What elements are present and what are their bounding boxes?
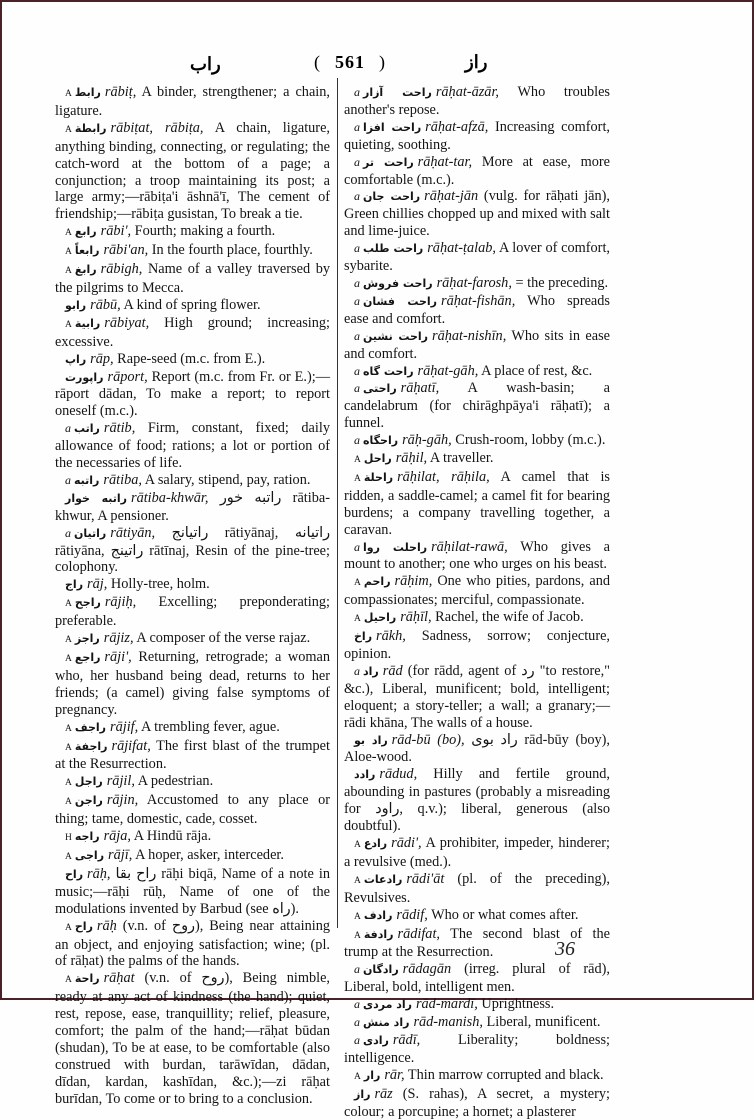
transliterated-headword: rādifat,	[398, 926, 441, 942]
etymology-tag: a	[354, 381, 360, 395]
column-divider	[337, 78, 338, 928]
dictionary-entry: aراحت گاهrāḥat-gāh, A place of rest, &c.	[344, 363, 610, 381]
transliterated-headword: rāḥ-gāh,	[402, 432, 452, 448]
arabic-script-headword: راح	[75, 920, 93, 933]
dictionary-entry: Aراجىrājī, A hoper, asker, interceder.	[55, 847, 330, 866]
transliterated-headword: rāj,	[87, 576, 107, 592]
arabic-script-headword: راحت طلب	[363, 242, 423, 255]
arabic-script-headword: راج	[65, 578, 83, 591]
arabic-script-headword: راحت گاه	[363, 365, 414, 378]
etymology-tag: A	[65, 975, 72, 985]
arabic-script-headword: راحل	[364, 452, 392, 465]
dictionary-entry: Aراجحrājiḥ, Excelling; preponderating; p…	[55, 594, 330, 630]
dictionary-entry: راددrādud, Hilly and fertile ground, abo…	[344, 766, 610, 835]
transliterated-headword: rāḥat-gāh,	[418, 363, 479, 379]
dictionary-entry: راخrākh, Sadness, sorrow; conjecture, op…	[344, 628, 610, 663]
transliterated-headword: rāḥatī,	[401, 380, 440, 396]
arabic-script-headword: رابع	[75, 225, 97, 238]
transliterated-headword: rājiḥ,	[105, 594, 136, 610]
definition-text: A salary, stipend, pay, ration.	[142, 472, 310, 488]
transliterated-headword: rājil,	[107, 773, 135, 789]
etymology-tag: A	[65, 724, 72, 734]
dictionary-entry: aراد مردىrād-mardī, Uprightness.	[344, 996, 610, 1000]
arabic-script-headword: راد	[363, 665, 379, 678]
etymology-tag: a	[354, 540, 360, 554]
dictionary-entry: aراحت فروشrāḥat-farosh, = the preceding.	[344, 275, 610, 293]
etymology-tag: a	[354, 962, 360, 976]
etymology-tag: a	[354, 120, 360, 134]
dictionary-entry: راپورتrāport, Report (m.c. from Fr. or E…	[55, 369, 330, 421]
arabic-script-headword: رادفة	[364, 928, 394, 941]
etymology-tag: A	[65, 125, 72, 135]
transliterated-headword: rāji',	[104, 649, 131, 665]
transliterated-headword: rākh,	[376, 628, 406, 644]
dictionary-entry: راجrāj, Holly-tree, holm.	[55, 576, 330, 594]
etymology-tag: H	[65, 833, 72, 843]
definition-text: Rape-seed (m.c. from E.).	[114, 351, 266, 367]
etymology-tag: A	[65, 778, 72, 788]
transliterated-headword: rād-bū (bo),	[392, 732, 465, 748]
right-column: aراحت آزارrāḥat-āzār, Who troubles anoth…	[344, 84, 610, 1000]
dictionary-entry: aراتيانrātiyān, راتيانج rātiyānaj, راتيا…	[55, 525, 330, 577]
arabic-script-headword: راجز	[75, 632, 100, 645]
dictionary-entry: aراحت آزارrāḥat-āzār, Who troubles anoth…	[344, 84, 610, 119]
arabic-script-headword: رادف	[364, 909, 393, 922]
arabic-script-headword: رابط	[75, 86, 101, 99]
dictionary-entry: Aرادعrādi', A prohibiter, impeder, hinde…	[344, 835, 610, 871]
etymology-tag: A	[65, 923, 72, 933]
arabic-script-headword: رادعات	[364, 873, 402, 886]
transliterated-headword: rājin,	[107, 792, 138, 808]
transliterated-headword: rāḥil,	[396, 450, 427, 466]
definition-text: A trembling fever, ague.	[138, 719, 280, 735]
arabic-script-headword: راتيان	[74, 527, 106, 540]
arabic-script-headword: راحت تر	[363, 156, 414, 169]
etymology-tag: A	[65, 797, 72, 807]
transliterated-headword: rābiṭat, rābiṭa,	[111, 120, 204, 136]
dictionary-entry: Aراحلrāḥil, A traveller.	[344, 450, 610, 469]
etymology-tag: a	[65, 421, 71, 435]
transliterated-headword: rājiz,	[104, 630, 134, 646]
arabic-script-headword: راخ	[354, 630, 372, 643]
definition-text: In the fourth place, fourthly.	[148, 242, 313, 258]
dictionary-entry: aراحت طلبrāḥat-ṭalab, A lover of comfort…	[344, 240, 610, 275]
signature-mark: 36	[555, 938, 575, 961]
transliterated-headword: rādi'āt	[406, 871, 444, 887]
arabic-script-headword: رابطة	[75, 122, 107, 135]
etymology-tag: a	[354, 329, 360, 343]
arabic-script-headword: راتبه خوار	[65, 492, 127, 505]
etymology-tag: a	[65, 473, 71, 487]
left-catchword: راب	[190, 54, 221, 75]
definition-text: Crush-room, lobby (m.c.).	[452, 432, 606, 448]
arabic-script-headword: راحتى	[363, 382, 397, 395]
arabic-script-headword: راتبه	[74, 474, 99, 487]
dictionary-entry: aراحت ترrāḥat-tar, More at ease, more co…	[344, 154, 610, 189]
dictionary-entry: Aراجلrājil, A pedestrian.	[55, 773, 330, 792]
transliterated-headword: rādud,	[379, 766, 417, 782]
arabic-script-headword: راحم	[364, 575, 391, 588]
etymology-tag: a	[354, 85, 360, 99]
etymology-tag: A	[354, 931, 361, 941]
etymology-tag: A	[354, 912, 361, 922]
transliterated-headword: rāḥilat, rāḥila,	[397, 469, 490, 485]
dictionary-entry: aرادrād (for rādd, agent of رد "to resto…	[344, 663, 610, 732]
arabic-script-headword: راحت فشان	[363, 295, 437, 308]
arabic-script-headword: راپ	[65, 353, 86, 366]
page-number-group: (561)	[300, 52, 400, 73]
dictionary-entry: Aرابطrābiṭ, A binder, strengthener; a ch…	[55, 84, 330, 120]
transliterated-headword: rāport,	[108, 369, 148, 385]
transliterated-headword: rātiyān,	[110, 525, 155, 541]
dictionary-entry: aراحت نشينrāḥat-nishīn, Who sits in ease…	[344, 328, 610, 363]
arabic-script-headword: راحت جان	[363, 190, 420, 203]
arabic-script-headword: راجه	[75, 830, 100, 843]
etymology-tag: A	[354, 876, 361, 886]
etymology-tag: a	[354, 664, 360, 678]
dictionary-entry: Aراحمrāḥim, One who pities, pardons, and…	[344, 573, 610, 609]
transliterated-headword: rādagān	[403, 961, 451, 977]
transliterated-headword: rādi',	[391, 835, 421, 851]
etymology-tag: A	[354, 455, 361, 465]
dictionary-entry: Aرادفrādif, Who or what comes after.	[344, 907, 610, 926]
left-column: Aرابطrābiṭ, A binder, strengthener; a ch…	[55, 84, 330, 1000]
etymology-tag: A	[354, 578, 361, 588]
transliterated-headword: rāḥat	[104, 970, 135, 986]
dictionary-entry: aراحت جانrāḥat-jān (vulg. for rāḥati jān…	[344, 188, 610, 240]
definition-text: A Hindū rāja.	[131, 828, 211, 844]
dictionary-entry: راحrāḥ, راح بقا rāḥi biqā, Name of a not…	[55, 866, 330, 918]
transliterated-headword: rāḥat-nishīn,	[432, 328, 506, 344]
arabic-script-headword: راجى	[75, 849, 104, 862]
dictionary-entry: aراتبrātib, Firm, constant, fixed; daily…	[55, 420, 330, 472]
transliterated-headword: rābi',	[101, 223, 131, 239]
etymology-tag: a	[354, 364, 360, 378]
definition-text: = the preceding.	[512, 275, 608, 291]
etymology-tag: A	[65, 635, 72, 645]
dictionary-entry: Aراحrāḥ (v.n. of روح), Being near attain…	[55, 918, 330, 971]
arabic-script-headword: راد بو	[354, 734, 388, 747]
arabic-script-headword: راجفة	[75, 740, 108, 753]
definition-text: A place of rest, &c.	[478, 363, 592, 379]
arabic-script-headword: راتب	[74, 422, 100, 435]
transliterated-headword: rāḥat-tar,	[418, 154, 472, 170]
etymology-tag: a	[354, 276, 360, 290]
definition-text: A kind of spring flower.	[121, 297, 261, 313]
etymology-tag: A	[65, 89, 72, 99]
dictionary-entry: Aرابعاًrābi'an, In the fourth place, fou…	[55, 242, 330, 261]
arabic-script-headword: راحگاه	[363, 434, 398, 447]
arabic-script-headword: راحت افزا	[363, 121, 421, 134]
etymology-tag: A	[354, 614, 361, 624]
dictionary-entry: Aراحةrāḥat (v.n. of روح), Being nimble, …	[55, 970, 330, 1000]
transliterated-headword: rābigh,	[101, 261, 143, 277]
transliterated-headword: rātib,	[104, 420, 135, 436]
dictionary-entry: Aرابطةrābiṭat, rābiṭa, A chain, ligature…	[55, 120, 330, 223]
etymology-tag: A	[65, 247, 72, 257]
dictionary-entry: Hراجهrāja, A Hindū rāja.	[55, 828, 330, 847]
definition-text: Holly-tree, holm.	[107, 576, 209, 592]
arabic-script-headword: راحلة	[364, 471, 393, 484]
dictionary-entry: راد بوrād-bū (bo), راد بوى rād-būy (boy)…	[344, 732, 610, 767]
right-catchword: راز	[465, 52, 487, 73]
etymology-tag: A	[354, 474, 361, 484]
definition-text: Uprightness.	[478, 996, 554, 1000]
dictionary-entry: Aراجعrāji', Returning, retrograde; a wom…	[55, 649, 330, 719]
arabic-script-headword: رابعاً	[75, 244, 100, 257]
dictionary-entry: aراحت فشانrāḥat-fishān, Who spreads ease…	[344, 293, 610, 328]
definition-text: A composer of the verse rajaz.	[134, 630, 311, 646]
etymology-tag: a	[354, 155, 360, 169]
dictionary-entry: Aرابيةrābiyat, High ground; increasing; …	[55, 315, 330, 351]
transliterated-headword: rād	[383, 663, 403, 679]
transliterated-headword: rāḥat-farosh,	[437, 275, 512, 291]
dictionary-entry: Aراجنrājin, Accustomed to any place or t…	[55, 792, 330, 828]
dictionary-entry: Aراجفةrājifat, The first blast of the tr…	[55, 738, 330, 774]
transliterated-headword: rāp,	[90, 351, 113, 367]
definition-text: Who or what comes after.	[428, 907, 579, 923]
etymology-tag: a	[354, 189, 360, 203]
etymology-tag: a	[65, 526, 71, 540]
transliterated-headword: rātiba-khwār,	[131, 490, 208, 506]
etymology-tag: a	[354, 241, 360, 255]
transliterated-headword: rāḥat-fishān,	[441, 293, 515, 309]
definition-text: A traveller.	[427, 450, 493, 466]
arabic-script-headword: راجل	[75, 775, 103, 788]
transliterated-headword: rājifat,	[112, 738, 151, 754]
transliterated-headword: rāḥat-āzār,	[436, 84, 499, 100]
transliterated-headword: rādif,	[396, 907, 427, 923]
arabic-script-headword: راحت فروش	[363, 277, 433, 290]
dictionary-entry: Aراحيلrāḥīl, Rachel, the wife of Jacob.	[344, 609, 610, 628]
transliterated-headword: rāḥat-jān	[424, 188, 478, 204]
transliterated-headword: rābū,	[90, 297, 121, 313]
page-header: راب (561) راز	[0, 52, 754, 82]
dictionary-entry: Aرادعاتrādi'āt (pl. of the preceding), R…	[344, 871, 610, 907]
definition-text: A hoper, asker, interceder.	[132, 847, 284, 863]
transliterated-headword: rād-mardī,	[416, 996, 478, 1000]
arabic-script-headword: راحة	[75, 972, 100, 985]
transliterated-headword: rāḥat-afzā,	[425, 119, 488, 135]
transliterated-headword: rāḥat-ṭalab,	[427, 240, 496, 256]
etymology-tag: A	[354, 840, 361, 850]
etymology-tag: A	[65, 266, 72, 276]
transliterated-headword: rāḥilat-rawā,	[431, 539, 508, 555]
transliterated-headword: rājī,	[108, 847, 132, 863]
dictionary-entry: aراحتىrāḥatī, A wash-basin; a candelabru…	[344, 380, 610, 432]
arabic-script-headword: رابية	[75, 317, 100, 330]
transliterated-headword: rābi'an,	[103, 242, 148, 258]
arabic-script-headword: رادع	[364, 837, 387, 850]
arabic-script-headword: راح	[65, 868, 83, 881]
arabic-script-headword: رابغ	[75, 263, 97, 276]
arabic-script-headword: راحت آزار	[363, 86, 432, 99]
arabic-script-headword: راحلت روا	[363, 541, 427, 554]
dictionary-entry: aراحلت رواrāḥilat-rawā, Who gives a moun…	[344, 539, 610, 574]
etymology-tag: A	[65, 599, 72, 609]
transliterated-headword: rāja,	[104, 828, 131, 844]
etymology-tag: A	[65, 743, 72, 753]
etymology-tag: A	[65, 852, 72, 862]
dictionary-entry: رابوrābū, A kind of spring flower.	[55, 297, 330, 315]
arabic-script-headword: رادگان	[363, 963, 399, 976]
dictionary-entry: Aرابغrābigh, Name of a valley traversed …	[55, 261, 330, 297]
transliterated-headword: rābiyat,	[104, 315, 149, 331]
etymology-tag: A	[65, 654, 72, 664]
arabic-script-headword: راجن	[75, 794, 103, 807]
etymology-tag: A	[65, 228, 72, 238]
arabic-script-headword: راجح	[75, 596, 101, 609]
etymology-tag: A	[65, 320, 72, 330]
dictionary-entry: Aراجفrājif, A trembling fever, ague.	[55, 719, 330, 738]
page-number: 561	[335, 52, 365, 72]
dictionary-entry: aراحگاهrāḥ-gāh, Crush-room, lobby (m.c.)…	[344, 432, 610, 450]
dictionary-entry: Aرابعrābi', Fourth; making a fourth.	[55, 223, 330, 242]
etymology-tag: a	[354, 294, 360, 308]
definition-text: Fourth; making a fourth.	[131, 223, 275, 239]
dictionary-entry: راتبه خوارrātiba-khwār, راتبه خور rātiba…	[55, 490, 330, 525]
transliterated-headword: rāḥ,	[87, 866, 110, 882]
arabic-script-headword: راجف	[75, 721, 106, 734]
arabic-script-headword: راحت نشين	[363, 330, 428, 343]
transliterated-headword: rātiba,	[103, 472, 142, 488]
dictionary-entry: راپrāp, Rape-seed (m.c. from E.).	[55, 351, 330, 369]
transliterated-headword: rābiṭ,	[105, 84, 136, 100]
arabic-script-headword: رادد	[354, 768, 375, 781]
dictionary-entry: aرادگانrādagān (irreg. plural of rād), L…	[344, 961, 610, 996]
arabic-script-headword: راجع	[75, 651, 101, 664]
definition-text: A pedestrian.	[135, 773, 213, 789]
transliterated-headword: rāḥ	[97, 918, 117, 934]
arabic-script-headword: رابو	[65, 299, 86, 312]
arabic-script-headword: راحيل	[364, 611, 396, 624]
dictionary-entry: Aراجزrājiz, A composer of the verse raja…	[55, 630, 330, 649]
transliterated-headword: rāḥīl,	[400, 609, 431, 625]
dictionary-entry: aراتبهrātiba, A salary, stipend, pay, ra…	[55, 472, 330, 490]
definition-text: Rachel, the wife of Jacob.	[432, 609, 584, 625]
transliterated-headword: rājif,	[110, 719, 138, 735]
transliterated-headword: rāḥim,	[395, 573, 433, 589]
arabic-script-headword: راپورت	[65, 371, 104, 384]
etymology-tag: a	[354, 433, 360, 447]
dictionary-entry: Aراحلةrāḥilat, rāḥila, A camel that is r…	[344, 469, 610, 539]
dictionary-entry: aراحت افزاrāḥat-afzā, Increasing comfort…	[344, 119, 610, 154]
